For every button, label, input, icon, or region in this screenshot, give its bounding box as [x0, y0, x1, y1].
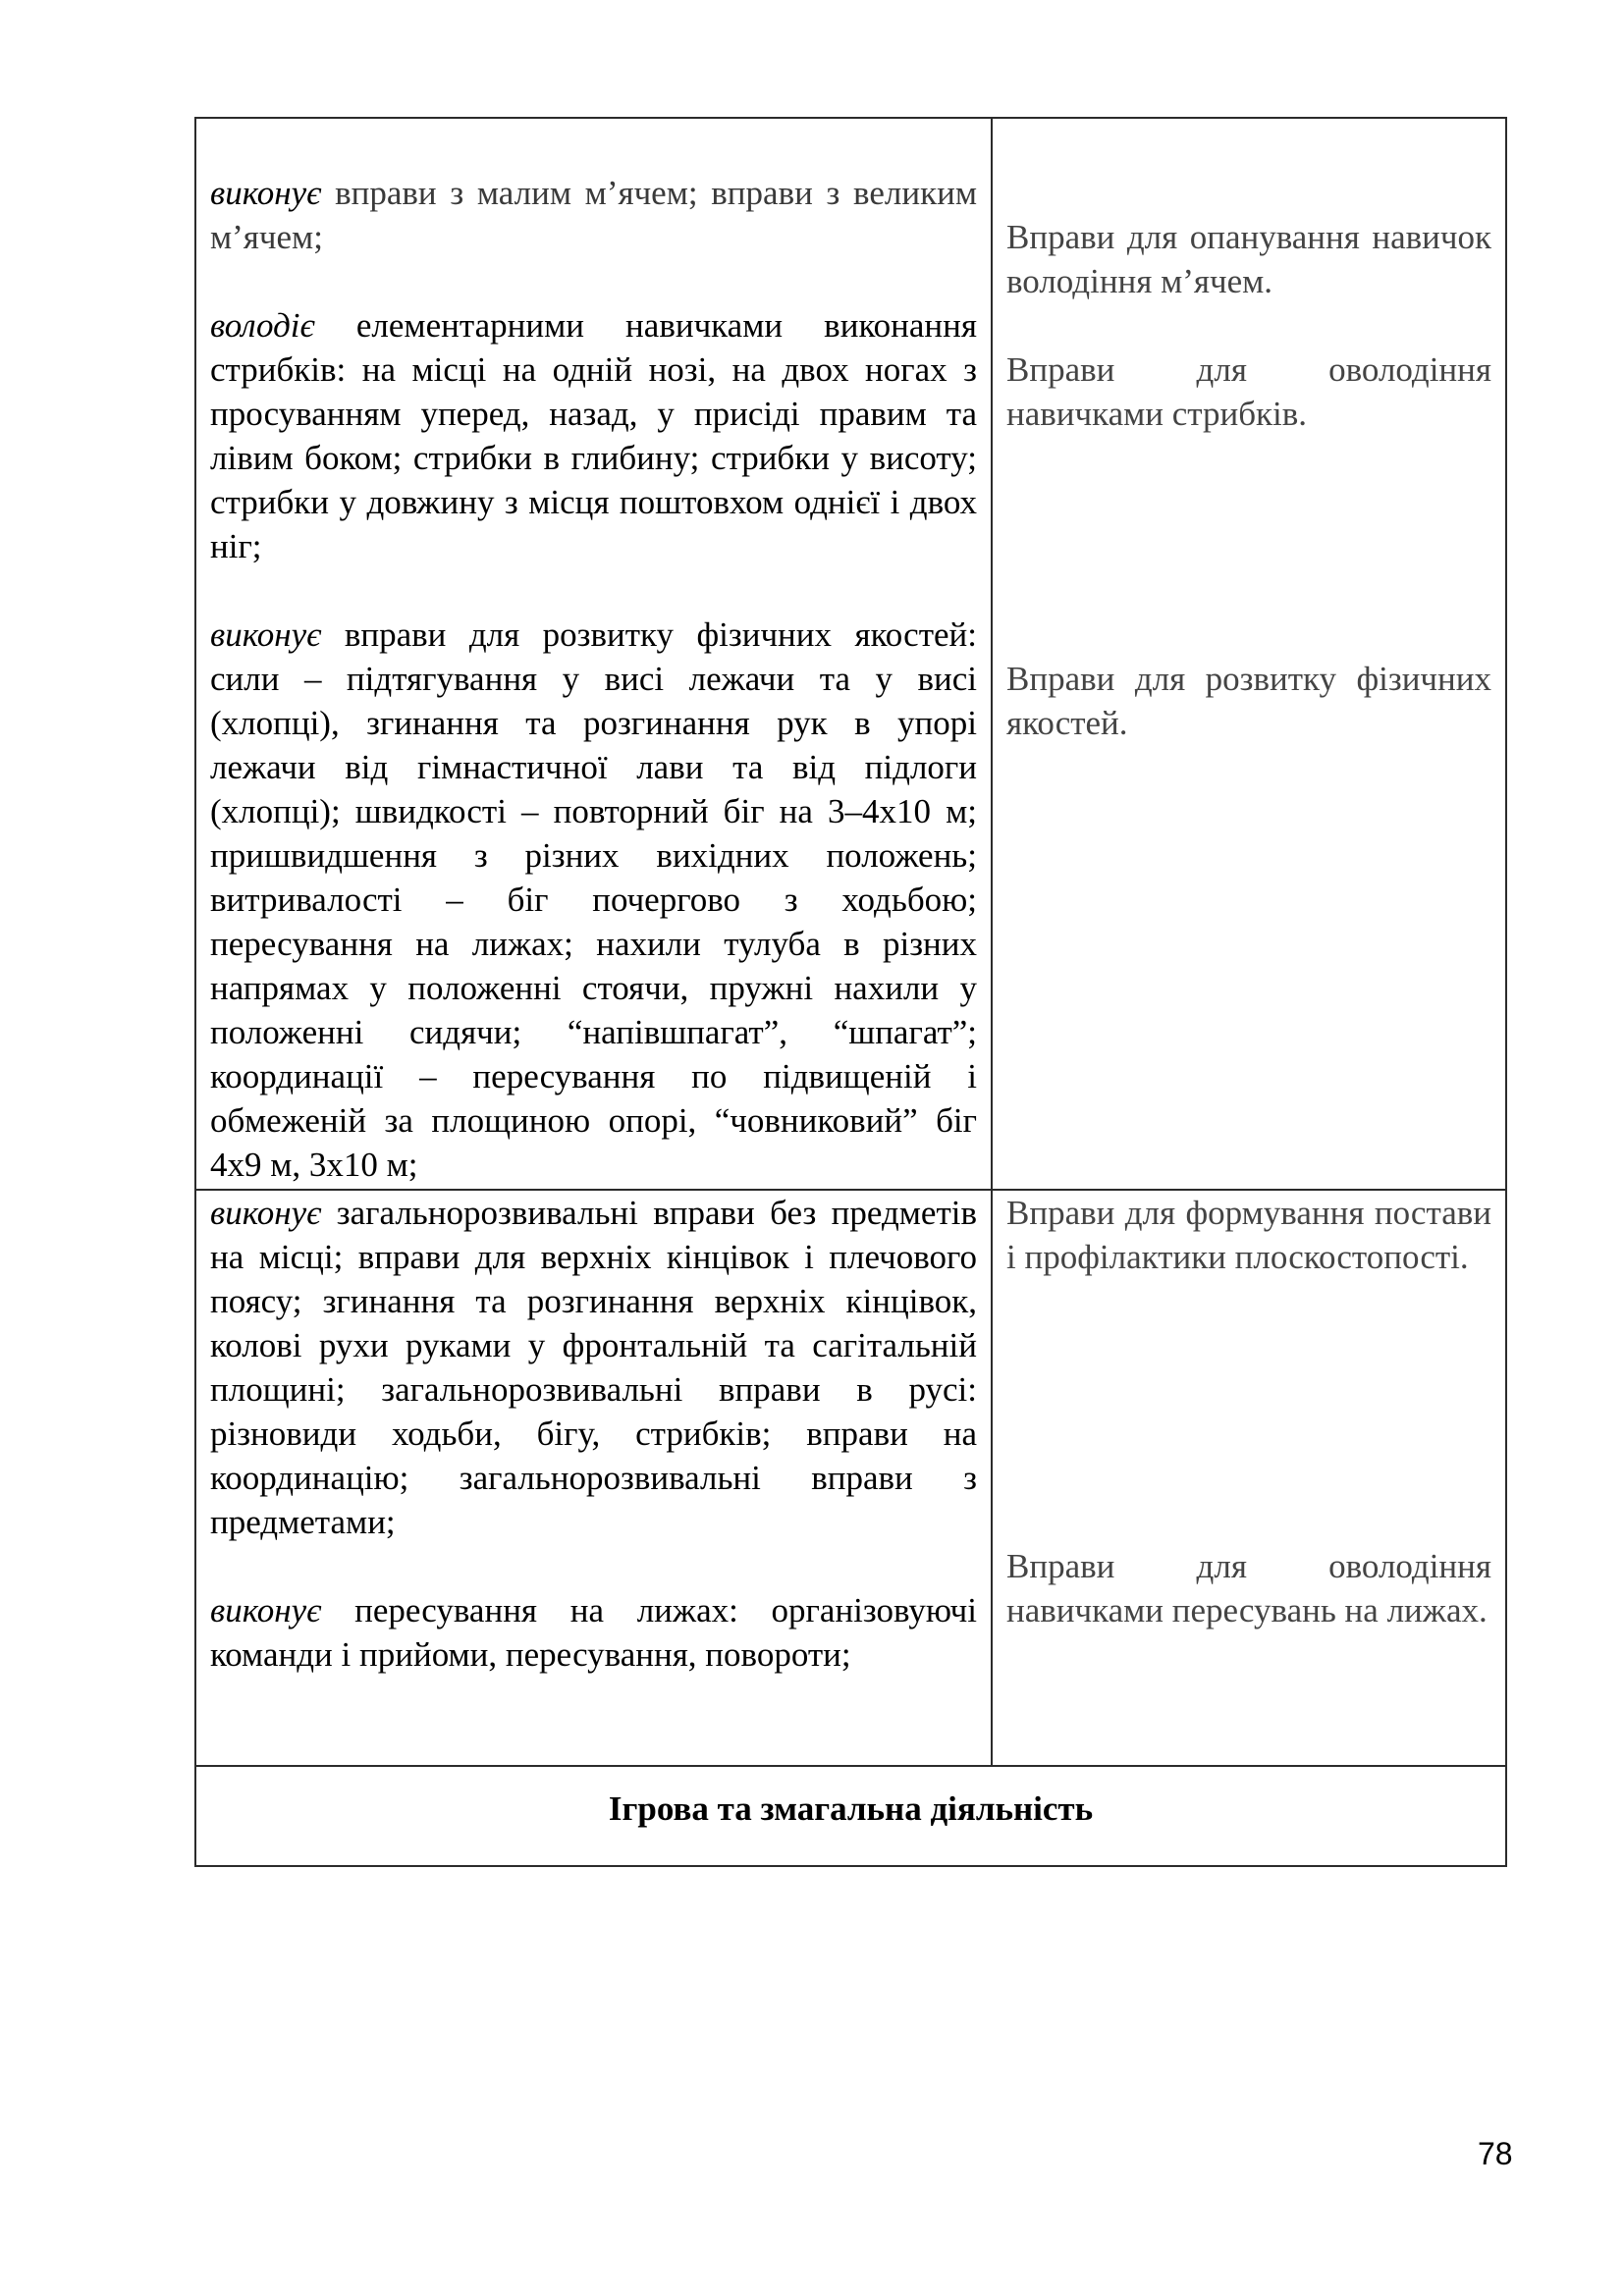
- outcome-text: вправи для розвитку фізичних якостей: си…: [210, 615, 977, 1184]
- outcomes-cell: виконує вправи з малим м’ячем; вправи з …: [196, 119, 993, 1189]
- content-item: Вправи для формування постави і профілак…: [1006, 1191, 1491, 1279]
- outcome-paragraph: виконує загальнорозвивальні вправи без п…: [210, 1191, 977, 1544]
- table-row: виконує вправи з малим м’ячем; вправи з …: [196, 119, 1505, 1191]
- outcome-text: пересування на лижах: організовуючі кома…: [210, 1591, 977, 1674]
- outcome-verb: виконує: [210, 615, 321, 654]
- outcome-verb: виконує: [210, 1591, 321, 1629]
- outcome-verb: виконує: [210, 1194, 321, 1232]
- outcome-paragraph: виконує вправи для розвитку фізичних яко…: [210, 613, 977, 1187]
- page-number: 78: [1478, 2136, 1513, 2172]
- outcome-text: загальнорозвивальні вправи без предметів…: [210, 1194, 977, 1541]
- table-row: виконує загальнорозвивальні вправи без п…: [196, 1191, 1505, 1767]
- outcome-paragraph: володіє елементарними навичками виконанн…: [210, 303, 977, 568]
- section-row: Ігрова та змагальна діяльність: [196, 1767, 1505, 1865]
- content-item: Вправи для розвитку фізичних якостей.: [1006, 657, 1491, 745]
- outcome-text: вправи з малим м’ячем; вправи з великим …: [210, 174, 977, 256]
- outcome-verb: володіє: [210, 306, 315, 345]
- outcome-verb: виконує: [210, 174, 321, 212]
- content-item: Вправи для оволодіння навичками пересува…: [1006, 1544, 1491, 1632]
- outcomes-cell: виконує загальнорозвивальні вправи без п…: [196, 1191, 993, 1765]
- content-item: Вправи для опанування навичок володіння …: [1006, 215, 1491, 303]
- section-heading: Ігрова та змагальна діяльність: [196, 1767, 1505, 1865]
- content-item: Вправи для оволодіння навичками стрибків…: [1006, 347, 1491, 436]
- content-cell: Вправи для формування постави і профілак…: [993, 1191, 1505, 1765]
- outcome-paragraph: виконує пересування на лижах: організову…: [210, 1588, 977, 1677]
- outcome-text: елементарними навичками виконання стрибк…: [210, 306, 977, 565]
- curriculum-table: виконує вправи з малим м’ячем; вправи з …: [194, 117, 1507, 1867]
- content-cell: Вправи для опанування навичок володіння …: [993, 119, 1505, 1189]
- outcome-paragraph: виконує вправи з малим м’ячем; вправи з …: [210, 171, 977, 259]
